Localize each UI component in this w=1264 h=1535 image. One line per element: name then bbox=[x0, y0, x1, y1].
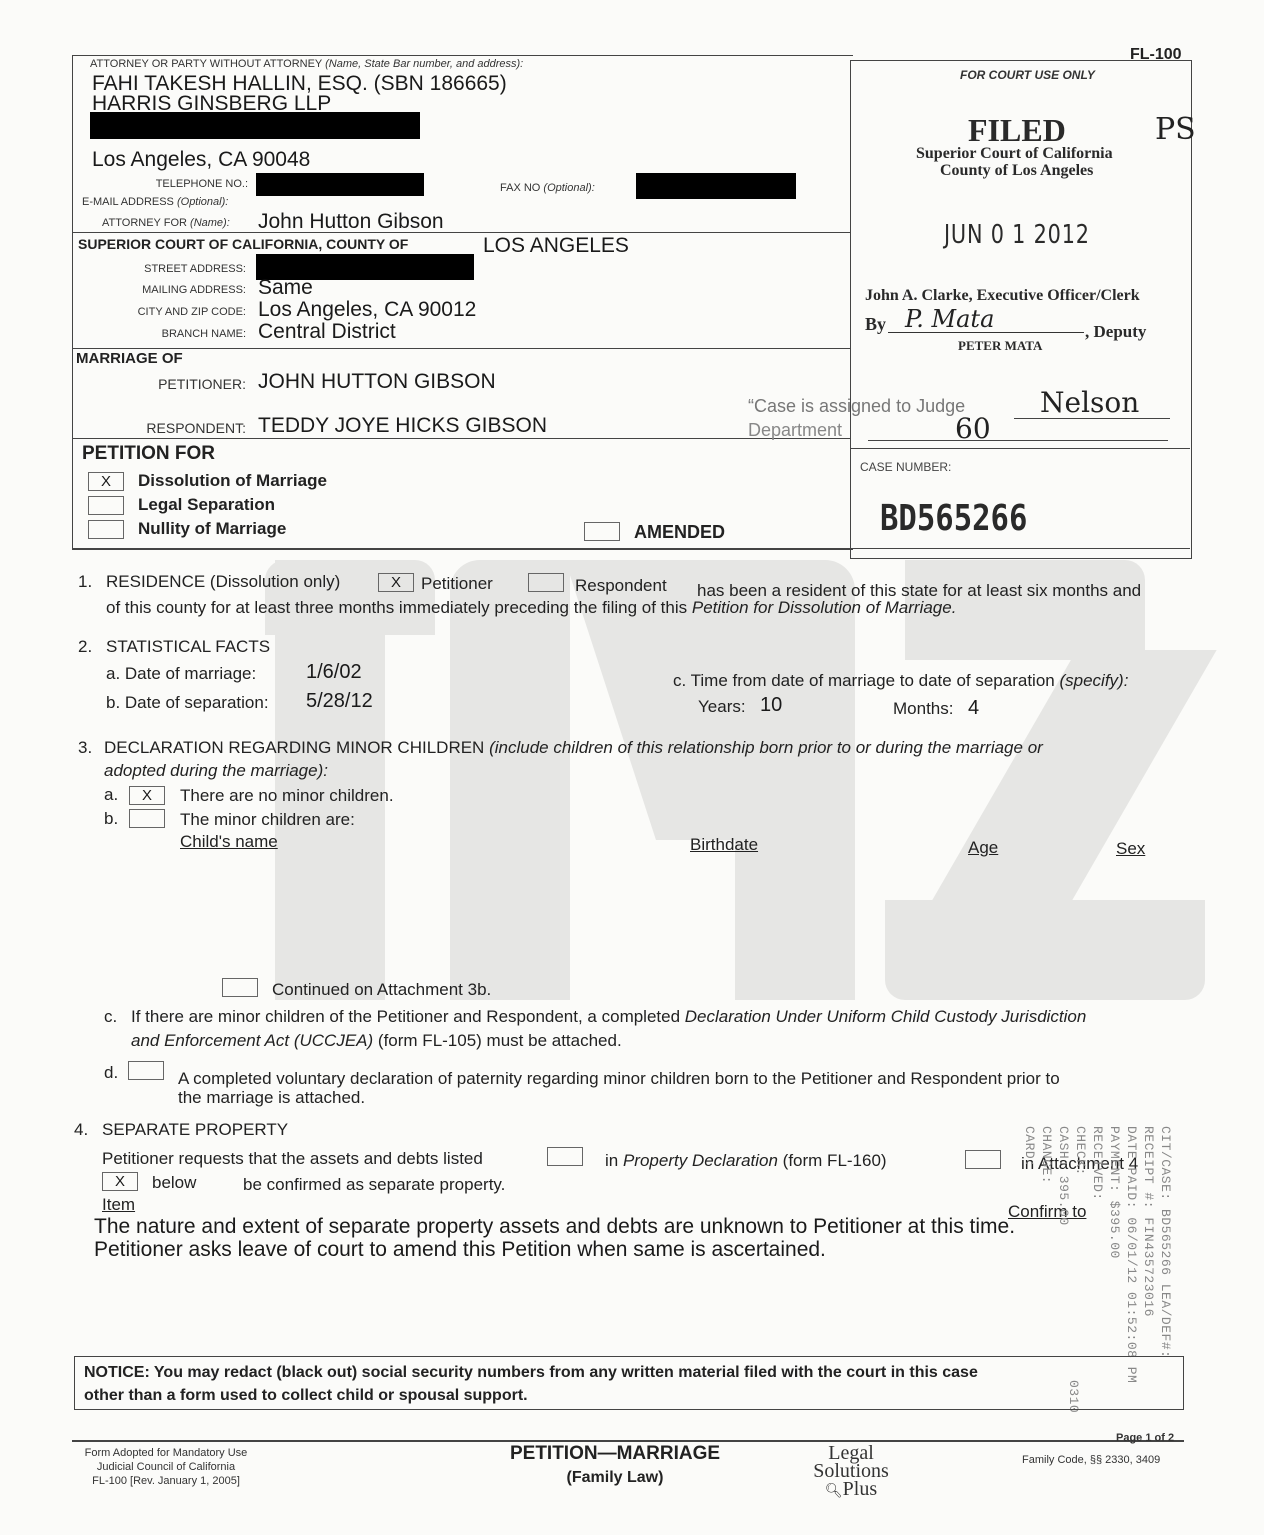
separation-date-label: b. Date of separation: bbox=[106, 693, 269, 713]
form-subtitle: (Family Law) bbox=[480, 1469, 750, 1487]
checkbox-no-minor-children[interactable]: X bbox=[129, 786, 165, 805]
section2-title: STATISTICAL FACTS bbox=[106, 637, 270, 657]
marriage-of-heading: MARRIAGE OF bbox=[76, 350, 183, 367]
fax-label: FAX NO (Optional): bbox=[500, 182, 595, 194]
filed-county: County of Los Angeles bbox=[940, 162, 1093, 180]
magnifier-icon: 🔍︎ bbox=[825, 1484, 843, 1499]
column-birthdate: Birthdate bbox=[690, 835, 758, 855]
paternity-text-2: the marriage is attached. bbox=[178, 1088, 365, 1108]
continued-attachment-text: Continued on Attachment 3b. bbox=[272, 980, 491, 1000]
deputy-label: , Deputy bbox=[1085, 322, 1146, 342]
branch-name-value: Central District bbox=[258, 320, 396, 344]
attorney-city: Los Angeles, CA 90048 bbox=[92, 148, 310, 172]
property-item-text-1: The nature and extent of separate proper… bbox=[94, 1215, 1015, 1239]
form-title-block: PETITION—MARRIAGE (Family Law) bbox=[480, 1443, 750, 1487]
section3-number: 3. bbox=[78, 738, 92, 758]
time-label: c. Time from date of marriage to date of… bbox=[673, 671, 1128, 691]
department-label: Department bbox=[748, 420, 842, 441]
residence-petitioner-label: Petitioner bbox=[421, 574, 493, 594]
property-declaration-text: in Property Declaration (form FL-160) bbox=[605, 1151, 887, 1171]
petitioner-label: PETITIONER: bbox=[100, 376, 246, 392]
checkbox-amended[interactable] bbox=[584, 522, 620, 541]
branch-name-label: BRANCH NAME: bbox=[90, 328, 246, 340]
court-label: SUPERIOR COURT OF CALIFORNIA, COUNTY OF bbox=[78, 236, 408, 252]
property-item-text-2: Petitioner asks leave of court to amend … bbox=[94, 1238, 826, 1262]
street-address-label: STREET ADDRESS: bbox=[90, 263, 246, 275]
checkbox-residence-respondent[interactable] bbox=[528, 573, 564, 592]
checkbox-residence-petitioner[interactable]: X bbox=[378, 573, 414, 592]
section2-number: 2. bbox=[78, 637, 92, 657]
mailing-address-label: MAILING ADDRESS: bbox=[90, 284, 246, 296]
section3c-text: If there are minor children of the Petit… bbox=[131, 1007, 1086, 1027]
checkbox-continued-attachment[interactable] bbox=[222, 978, 258, 997]
checkbox-legal-separation[interactable] bbox=[88, 496, 124, 515]
checkbox-dissolution[interactable]: X bbox=[88, 472, 124, 491]
tmz-watermark bbox=[265, 560, 1205, 1000]
option-dissolution: Dissolution of Marriage bbox=[138, 471, 327, 491]
marriage-date-value: 1/6/02 bbox=[306, 661, 362, 684]
judge-name: Nelson bbox=[1040, 386, 1139, 419]
column-age: Age bbox=[968, 838, 998, 858]
adopted-line: Judicial Council of California bbox=[66, 1460, 266, 1474]
section3a-label: a. bbox=[104, 785, 118, 805]
petition-for-heading: PETITION FOR bbox=[82, 443, 215, 465]
column-sex: Sex bbox=[1116, 839, 1145, 859]
item-header: Item bbox=[102, 1195, 135, 1215]
checkbox-property-declaration[interactable] bbox=[547, 1147, 583, 1166]
deputy-signature: P. Mata bbox=[905, 305, 994, 333]
respondent-label: RESPONDENT: bbox=[100, 420, 246, 436]
redacted-telephone bbox=[256, 173, 424, 196]
petitioner-value: JOHN HUTTON GIBSON bbox=[258, 370, 496, 394]
redacted-fax bbox=[636, 173, 796, 199]
filed-court: Superior Court of California bbox=[916, 145, 1113, 163]
section3c-text-2: and Enforcement Act (UCCJEA) (form FL-10… bbox=[131, 1031, 622, 1051]
property-request-text: Petitioner requests that the assets and … bbox=[102, 1149, 483, 1169]
months-label: Months: bbox=[893, 699, 953, 719]
residence-text-2: of this county for at least three months… bbox=[106, 598, 956, 618]
family-code-reference: Family Code, §§ 2330, 3409 bbox=[1022, 1454, 1160, 1466]
years-value: 10 bbox=[760, 694, 782, 717]
filed-stamp: FILED bbox=[968, 112, 1066, 149]
no-minor-children-text: There are no minor children. bbox=[180, 786, 394, 806]
attorney-for-label: ATTORNEY FOR (Name): bbox=[102, 217, 230, 229]
minor-children-text: The minor children are: bbox=[180, 810, 355, 830]
confirm-separate-text: be confirmed as separate property. bbox=[243, 1175, 505, 1195]
attorney-label: ATTORNEY OR PARTY WITHOUT ATTORNEY (Name… bbox=[90, 58, 523, 70]
section3-title-note: adopted during the marriage): bbox=[104, 761, 328, 781]
marriage-date-label: a. Date of marriage: bbox=[106, 664, 256, 684]
checkbox-minor-children[interactable] bbox=[129, 809, 165, 828]
city-zip-value: Los Angeles, CA 90012 bbox=[258, 298, 476, 322]
by-label: By bbox=[865, 314, 886, 335]
court-county: LOS ANGELES bbox=[483, 234, 629, 258]
years-label: Years: bbox=[698, 697, 746, 717]
respondent-value: TEDDY JOYE HICKS GIBSON bbox=[258, 414, 547, 438]
deputy-name: PETER MATA bbox=[958, 338, 1042, 354]
section3b-label: b. bbox=[104, 809, 118, 829]
column-childs-name: Child's name bbox=[180, 832, 278, 852]
adopted-line: Form Adopted for Mandatory Use bbox=[66, 1446, 266, 1460]
judge-assignment-text: “Case is assigned to Judge bbox=[748, 396, 965, 417]
mailing-address-value: Same bbox=[258, 276, 313, 300]
checkbox-paternity[interactable] bbox=[128, 1061, 164, 1080]
checkbox-below[interactable]: X bbox=[102, 1172, 138, 1191]
case-number: BD565266 bbox=[880, 498, 1027, 539]
notice-text-1: NOTICE: You may redact (black out) socia… bbox=[84, 1364, 978, 1382]
email-label: E-MAIL ADDRESS (Optional): bbox=[82, 196, 228, 208]
section1-number: 1. bbox=[78, 572, 92, 592]
section1-title: RESIDENCE (Dissolution only) bbox=[106, 572, 340, 592]
case-number-label: CASE NUMBER: bbox=[860, 460, 951, 474]
legal-solutions-logo: Legal Solutions 🔍︎Plus bbox=[796, 1444, 906, 1501]
clerk-initials: PS bbox=[1155, 112, 1196, 147]
checkbox-nullity[interactable] bbox=[88, 520, 124, 539]
paternity-text-1: A completed voluntary declaration of pat… bbox=[178, 1069, 1060, 1089]
page-number: Page 1 of 2 bbox=[1116, 1432, 1174, 1444]
form-title: PETITION—MARRIAGE bbox=[480, 1443, 750, 1465]
amended-label: AMENDED bbox=[634, 522, 725, 543]
logo-text: 🔍︎Plus bbox=[796, 1480, 906, 1501]
clerk-line: John A. Clarke, Executive Officer/Clerk bbox=[865, 287, 1140, 305]
telephone-label: TELEPHONE NO.: bbox=[100, 178, 248, 190]
adopted-line: FL-100 [Rev. January 1, 2005] bbox=[66, 1474, 266, 1488]
section3c-label: c. bbox=[104, 1007, 117, 1027]
court-use-label: FOR COURT USE ONLY bbox=[960, 68, 1095, 82]
section3-title: DECLARATION REGARDING MINOR CHILDREN (in… bbox=[104, 738, 1043, 758]
option-nullity: Nullity of Marriage bbox=[138, 519, 286, 539]
attorney-for-value: John Hutton Gibson bbox=[258, 210, 444, 234]
form-adopted-note: Form Adopted for Mandatory Use Judicial … bbox=[66, 1446, 266, 1488]
months-value: 4 bbox=[968, 697, 979, 720]
city-zip-label: CITY AND ZIP CODE: bbox=[90, 306, 246, 318]
below-text: below bbox=[152, 1173, 196, 1193]
section4-number: 4. bbox=[74, 1120, 88, 1140]
option-legal-separation: Legal Separation bbox=[138, 495, 275, 515]
section3d-label: d. bbox=[104, 1063, 118, 1083]
separation-date-value: 5/28/12 bbox=[306, 690, 373, 713]
residence-respondent-label: Respondent bbox=[575, 576, 667, 596]
department-number: 60 bbox=[955, 412, 991, 445]
redacted-address bbox=[90, 112, 420, 139]
filed-date: JUN 0 1 2012 bbox=[944, 220, 1090, 250]
section4-title: SEPARATE PROPERTY bbox=[102, 1120, 288, 1140]
notice-text-2: other than a form used to collect child … bbox=[84, 1387, 528, 1405]
